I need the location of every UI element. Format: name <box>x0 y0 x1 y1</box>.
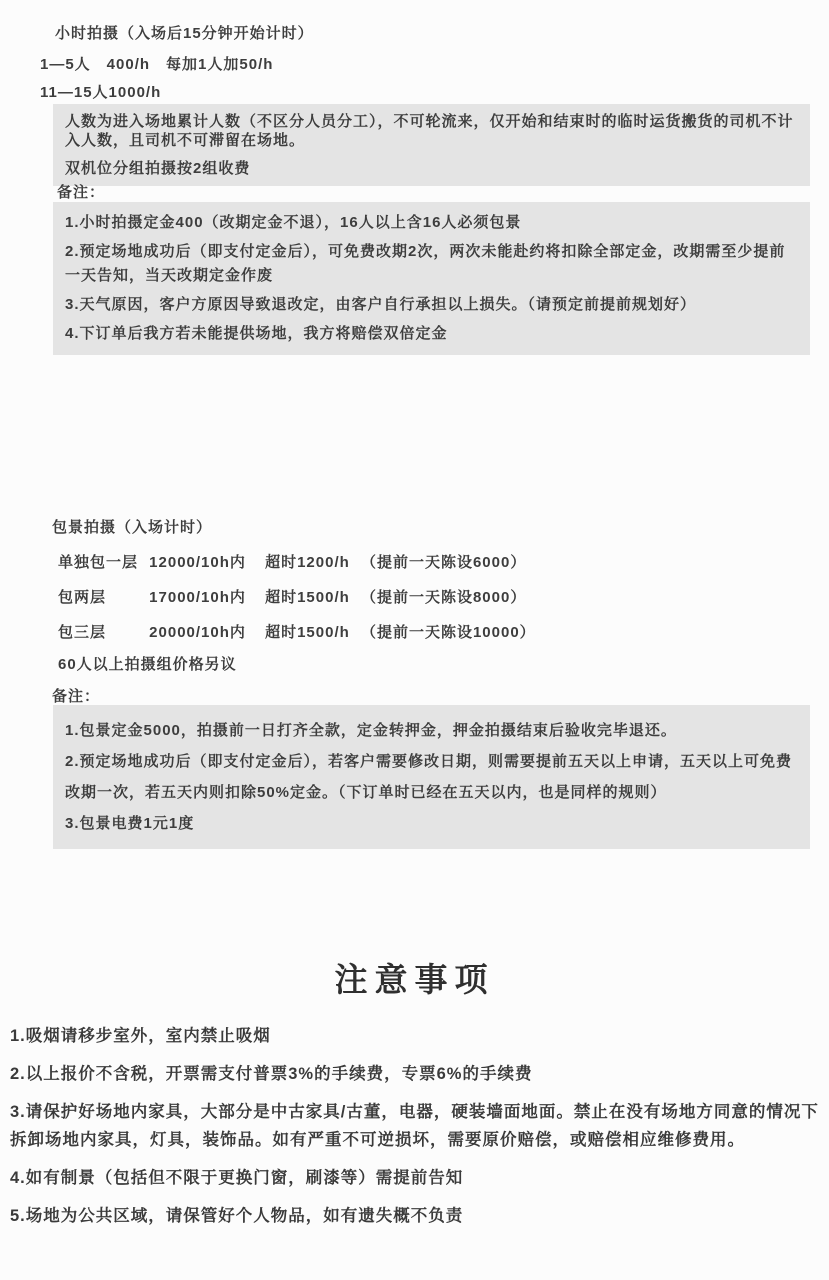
package-row-two-floors: 包两层 17000/10h内 超时1500/h （提前一天陈设8000） <box>58 586 526 607</box>
precaution-item: 2.以上报价不含税，开票需支付普票3%的手续费，专票6%的手续费 <box>10 1060 828 1088</box>
package-note-item: 2.预定场地成功后（即支付定金后），若客户需要修改日期，则需要提前五天以上申请，… <box>65 746 798 808</box>
pricing-document-page: 小时拍摄（入场后15分钟开始计时） 1—5人 400/h 每加1人加50/h 1… <box>0 0 829 1280</box>
package-row-label: 单独包一层 <box>58 551 144 572</box>
hourly-note-item: 1.小时拍摄定金400（改期定金不退），16人以上含16人必须包景 <box>65 211 798 235</box>
precaution-item: 3.请保护好场地内家具，大部分是中古家具/古董，电器，硬装墙面地面。禁止在没有场… <box>10 1098 828 1154</box>
precautions-title: 注意事项 <box>0 954 829 1001</box>
package-notes-label: 备注： <box>52 685 100 706</box>
package-row-setup-fee: （提前一天陈设10000） <box>361 621 536 642</box>
package-row-overtime: 超时1200/h <box>265 551 350 572</box>
package-row-setup-fee: （提前一天陈设6000） <box>361 551 526 572</box>
package-row-label: 包两层 <box>58 586 144 607</box>
package-row-overtime: 超时1500/h <box>265 621 350 642</box>
hourly-notes-box: 1.小时拍摄定金400（改期定金不退），16人以上含16人必须包景 2.预定场地… <box>53 202 810 355</box>
hourly-section-title: 小时拍摄（入场后15分钟开始计时） <box>55 22 314 43</box>
package-note-item: 3.包景电费1元1度 <box>65 808 798 839</box>
hourly-note-item: 4.下订单后我方若未能提供场地，我方将赔偿双倍定金 <box>65 322 798 346</box>
package-row-overtime: 超时1500/h <box>265 586 350 607</box>
hourly-note-item: 2.预定场地成功后（即支付定金后），可免费改期2次，两次未能赴约将扣除全部定金，… <box>65 240 798 288</box>
hourly-dual-camera-rule: 双机位分组拍摄按2组收费 <box>65 159 798 178</box>
precaution-item: 4.如有制景（包括但不限于更换门窗，刷漆等）需提前告知 <box>10 1164 828 1192</box>
package-large-group-note: 60人以上拍摄组价格另议 <box>58 653 237 674</box>
hourly-headcount-rule: 人数为进入场地累计人数（不区分人员分工），不可轮流来，仅开始和结束时的临时运货搬… <box>65 112 798 150</box>
precautions-list: 1.吸烟请移步室外，室内禁止吸烟 2.以上报价不含税，开票需支付普票3%的手续费… <box>10 1022 828 1240</box>
package-row-price: 17000/10h内 <box>149 586 246 607</box>
package-row-label: 包三层 <box>58 621 144 642</box>
package-notes-box: 1.包景定金5000，拍摄前一日打齐全款，定金转押金，押金拍摄结束后验收完毕退还… <box>53 705 810 849</box>
precaution-item: 5.场地为公共区域，请保管好个人物品，如有遗失概不负责 <box>10 1202 828 1230</box>
hourly-note-item: 3.天气原因，客户方原因导致退改定，由客户自行承担以上损失。（请预定前提前规划好… <box>65 293 798 317</box>
package-note-item: 1.包景定金5000，拍摄前一日打齐全款，定金转押金，押金拍摄结束后验收完毕退还… <box>65 715 798 746</box>
hourly-price-line-1: 1—5人 400/h 每加1人加50/h <box>40 53 273 74</box>
package-section-title: 包景拍摄（入场计时） <box>52 516 212 537</box>
hourly-highlight-box: 人数为进入场地累计人数（不区分人员分工），不可轮流来，仅开始和结束时的临时运货搬… <box>53 104 810 186</box>
package-row-three-floors: 包三层 20000/10h内 超时1500/h （提前一天陈设10000） <box>58 621 536 642</box>
hourly-notes-label: 备注： <box>57 181 105 202</box>
package-row-one-floor: 单独包一层 12000/10h内 超时1200/h （提前一天陈设6000） <box>58 551 526 572</box>
package-row-price: 12000/10h内 <box>149 551 246 572</box>
package-row-setup-fee: （提前一天陈设8000） <box>361 586 526 607</box>
hourly-price-line-2: 11—15人1000/h <box>40 81 161 102</box>
precaution-item: 1.吸烟请移步室外，室内禁止吸烟 <box>10 1022 828 1050</box>
package-row-price: 20000/10h内 <box>149 621 246 642</box>
